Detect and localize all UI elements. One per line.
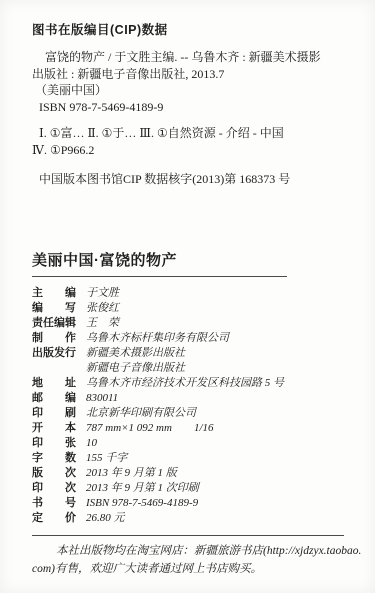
colophon-row: 印 次2013 年 9 月第 1 次印刷 bbox=[32, 481, 345, 496]
colophon-table: 主 编于文胜编 写张俊红责任编辑王 荣制 作乌鲁木齐标杆集印务有限公司出版发行新… bbox=[32, 286, 345, 526]
copyright-page: 图书在版编目(CIP)数据 富饶的物产 / 于文胜主编. -- 乌鲁木齐 : 新… bbox=[0, 0, 375, 593]
footer-note-line: 本社出版物均在淘宝网店：新疆旅游书店(http://xjdzyx.taobao. bbox=[32, 543, 345, 561]
colophon-value: 155 千字 bbox=[86, 451, 127, 466]
colophon-value: 于文胜 bbox=[86, 286, 119, 301]
footer-note: 本社出版物均在淘宝网店：新疆旅游书店(http://xjdzyx.taobao.… bbox=[32, 543, 345, 578]
cip-series-line: （美丽中国） bbox=[32, 82, 345, 99]
cip-class-line: Ⅰ. ①富… Ⅱ. ①于… Ⅲ. ①自然资源 - 介绍 - 中国 bbox=[32, 125, 345, 142]
colophon-row: 编 写张俊红 bbox=[32, 301, 345, 316]
colophon-row: 字 数155 千字 bbox=[32, 451, 345, 466]
colophon-label: 版 次 bbox=[32, 466, 78, 481]
colophon-label: 书 号 bbox=[32, 496, 78, 511]
colophon-value: 张俊红 bbox=[86, 301, 119, 316]
colophon-value: 新疆美术摄影出版社 bbox=[86, 346, 185, 361]
colophon-label: 字 数 bbox=[32, 451, 78, 466]
colophon-label: 印 次 bbox=[32, 481, 78, 496]
colophon-row: 印 张10 bbox=[32, 436, 345, 451]
title-divider bbox=[32, 276, 287, 277]
colophon-row: 地 址乌鲁木齐市经济技术开发区科技园路 5 号 bbox=[32, 376, 345, 391]
colophon-label: 定 价 bbox=[32, 511, 78, 526]
colophon-value: 北京新华印刷有限公司 bbox=[86, 406, 196, 421]
colophon-value: 10 bbox=[86, 436, 97, 451]
colophon-label: 出版发行 bbox=[32, 346, 78, 361]
colophon-value: 2013 年 9 月第 1 版 bbox=[86, 466, 177, 481]
colophon-label: 地 址 bbox=[32, 376, 78, 391]
cip-section-title: 图书在版编目(CIP)数据 bbox=[32, 20, 345, 38]
colophon-label: 主 编 bbox=[32, 286, 78, 301]
colophon-row: 版 次2013 年 9 月第 1 版 bbox=[32, 466, 345, 481]
footer-note-line: com)有售，欢迎广大读者通过网上书店购买。 bbox=[32, 561, 345, 579]
cip-record: 富饶的物产 / 于文胜主编. -- 乌鲁木齐 : 新疆美术摄影 出版社 : 新疆… bbox=[32, 49, 345, 115]
colophon-label: 责任编辑 bbox=[32, 316, 78, 331]
cip-isbn-line: ISBN 978-7-5469-4189-9 bbox=[32, 99, 345, 116]
colophon-label: 制 作 bbox=[32, 331, 78, 346]
colophon-label: 开 本 bbox=[32, 421, 78, 436]
colophon-value: 26.80 元 bbox=[86, 511, 125, 526]
colophon-row: 印 刷北京新华印刷有限公司 bbox=[32, 406, 345, 421]
colophon-value: 王 荣 bbox=[86, 316, 119, 331]
colophon-row: 定 价26.80 元 bbox=[32, 511, 345, 526]
colophon-row: 书 号ISBN 978-7-5469-4189-9 bbox=[32, 496, 345, 511]
cip-class-line: Ⅳ. ①P966.2 bbox=[32, 142, 345, 159]
footer-divider bbox=[32, 535, 344, 536]
colophon-label: 邮 编 bbox=[32, 391, 78, 406]
colophon-row: 邮 编830011 bbox=[32, 391, 345, 406]
cip-record-number: 中国版本图书馆CIP 数据核字(2013)第 168373 号 bbox=[32, 170, 345, 187]
cip-record-line: 富饶的物产 / 于文胜主编. -- 乌鲁木齐 : 新疆美术摄影 bbox=[32, 49, 345, 66]
colophon-row: 制 作乌鲁木齐标杆集印务有限公司 bbox=[32, 331, 345, 346]
colophon-value: 乌鲁木齐市经济技术开发区科技园路 5 号 bbox=[86, 376, 284, 391]
colophon-value: ISBN 978-7-5469-4189-9 bbox=[86, 496, 198, 511]
colophon-label: 印 张 bbox=[32, 436, 78, 451]
colophon-row: 开 本787 mm×1 092 mm 1/16 bbox=[32, 421, 345, 436]
cip-record-line: 出版社 : 新疆电子音像出版社, 2013.7 bbox=[32, 66, 345, 83]
colophon-value: 乌鲁木齐标杆集印务有限公司 bbox=[86, 331, 229, 346]
colophon-value: 830011 bbox=[86, 391, 118, 406]
colophon-value: 2013 年 9 月第 1 次印刷 bbox=[86, 481, 199, 496]
cip-classification: Ⅰ. ①富… Ⅱ. ①于… Ⅲ. ①自然资源 - 介绍 - 中国 Ⅳ. ①P96… bbox=[32, 125, 345, 158]
colophon-value: 新疆电子音像出版社 bbox=[86, 361, 185, 376]
colophon-row: 新疆电子音像出版社 bbox=[32, 361, 345, 376]
colophon-label: 编 写 bbox=[32, 301, 78, 316]
colophon-row: 责任编辑王 荣 bbox=[32, 316, 345, 331]
colophon-row: 主 编于文胜 bbox=[32, 286, 345, 301]
colophon-row: 出版发行新疆美术摄影出版社 bbox=[32, 346, 345, 361]
book-title: 美丽中国·富饶的物产 bbox=[32, 249, 345, 270]
colophon-label: 印 刷 bbox=[32, 406, 78, 421]
colophon-value: 787 mm×1 092 mm 1/16 bbox=[86, 421, 214, 436]
colophon-label bbox=[32, 361, 78, 376]
